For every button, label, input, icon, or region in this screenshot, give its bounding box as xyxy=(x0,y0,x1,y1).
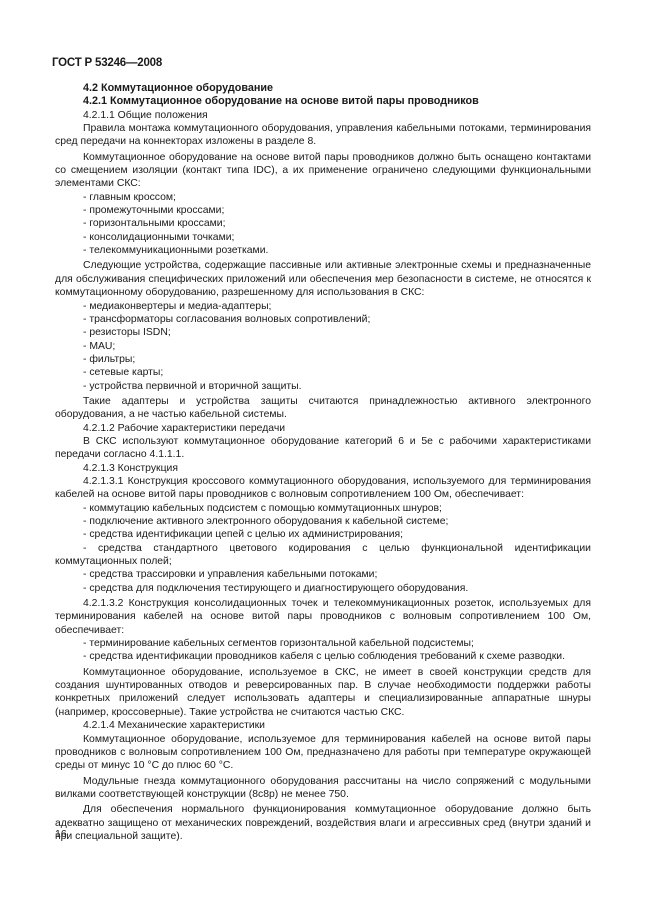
paragraph: Такие адаптеры и устройства защиты счита… xyxy=(55,395,591,422)
list-item: - главным кроссом; xyxy=(55,191,591,204)
list-item: - подключение активного электронного обо… xyxy=(55,515,591,528)
subsection-heading: 4.2.1.4 Механические характеристики xyxy=(55,719,591,732)
list-item: - консолидационными точками; xyxy=(55,231,591,244)
list-item: - сетевые карты; xyxy=(55,366,591,379)
section-heading: 4.2 Коммутационное оборудование xyxy=(55,82,591,95)
paragraph: Модульные гнезда коммутационного оборудо… xyxy=(55,775,591,802)
paragraph: Коммутационное оборудование, используемо… xyxy=(55,733,591,773)
paragraph: Следующие устройства, содержащие пассивн… xyxy=(55,259,591,299)
list-item: - средства стандартного цветового кодиро… xyxy=(55,542,591,569)
list-item: - средства идентификации цепей с целью и… xyxy=(55,528,591,541)
list-item: - коммутацию кабельных подсистем с помощ… xyxy=(55,502,591,515)
list-item: - терминирование кабельных сегментов гор… xyxy=(55,637,591,650)
list-item: - средства трассировки и управления кабе… xyxy=(55,568,591,581)
list-item: - MAU; xyxy=(55,340,591,353)
paragraph: 4.2.1.3.1 Конструкция кроссового коммута… xyxy=(55,475,591,502)
subsection-heading: 4.2.1.2 Рабочие характеристики передачи xyxy=(55,422,591,435)
list-item: - устройства первичной и вторичной защит… xyxy=(55,380,591,393)
paragraph: Коммутационное оборудование, используемо… xyxy=(55,666,591,719)
paragraph: В СКС используют коммутационное оборудов… xyxy=(55,435,591,462)
list-item: - горизонтальными кроссами; xyxy=(55,217,591,230)
paragraph: Правила монтажа коммутационного оборудов… xyxy=(55,122,591,149)
paragraph: Для обеспечения нормального функциониров… xyxy=(55,803,591,843)
list-item: - трансформаторы согласования волновых с… xyxy=(55,313,591,326)
document-header: ГОСТ Р 53246—2008 xyxy=(52,57,162,69)
paragraph: 4.2.1.3.2 Конструкция консолидационных т… xyxy=(55,597,591,637)
paragraph: Коммутационное оборудование на основе ви… xyxy=(55,151,591,191)
list-item: - фильтры; xyxy=(55,353,591,366)
section-heading: 4.2.1 Коммутационное оборудование на осн… xyxy=(55,95,591,108)
subsection-heading: 4.2.1.1 Общие положения xyxy=(55,109,591,122)
page-body: 4.2 Коммутационное оборудование4.2.1 Ком… xyxy=(55,82,591,843)
subsection-heading: 4.2.1.3 Конструкция xyxy=(55,462,591,475)
list-item: - телекоммуникационными розетками. xyxy=(55,244,591,257)
list-item: - промежуточными кроссами; xyxy=(55,204,591,217)
list-item: - средства для подключения тестирующего … xyxy=(55,582,591,595)
list-item: - средства идентификации проводников каб… xyxy=(55,650,591,663)
list-item: - медиаконвертеры и медиа-адаптеры; xyxy=(55,300,591,313)
page-number: 16 xyxy=(55,828,67,840)
list-item: - резисторы ISDN; xyxy=(55,326,591,339)
